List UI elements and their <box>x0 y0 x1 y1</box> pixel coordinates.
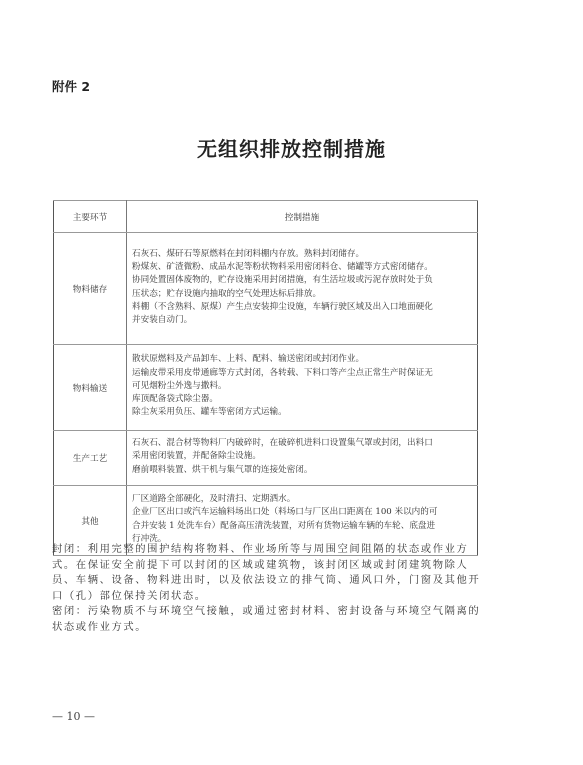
measure-line: 粉煤灰、矿渣微粉、成品水泥等粉状物料采用密闭料仓、储罐等方式密闭储存。 <box>132 261 472 274</box>
measure-line: 可见烟粉尘外逸与撒料。 <box>132 380 472 393</box>
measure-line: 压状态；贮存设施内抽取的空气处理达标后排放。 <box>132 288 472 301</box>
table-row: 生产工艺 石灰石、混合材等物料厂内破碎时，在破碎机进料口设置集气罩或封闭，出料口… <box>54 431 478 486</box>
measures-cell: 散状原燃料及产品卸车、上料、配料、输送密闭或封闭作业。 运输皮带采用皮带通廊等方… <box>127 345 478 431</box>
measure-line: 料棚（不含熟料、原煤）产生点安装抑尘设施，车辆行驶区域及出入口地面硬化 <box>132 301 472 314</box>
measure-line: 采用密闭装置，并配备除尘设施。 <box>132 450 472 463</box>
measure-line: 并安装自动门。 <box>132 314 472 327</box>
measures-cell: 石灰石、混合材等物料厂内破碎时，在破碎机进料口设置集气罩或封闭，出料口 采用密闭… <box>127 431 478 486</box>
table-row: 物料储存 石灰石、煤矸石等原燃料在封闭料棚内存放。熟料封闭储存。 粉煤灰、矿渣微… <box>54 233 478 345</box>
stage-cell: 生产工艺 <box>54 431 127 486</box>
measure-line: 厂区道路全部硬化，及时清扫、定期洒水。 <box>132 493 472 506</box>
measure-line: 石灰石、煤矸石等原燃料在封闭料棚内存放。熟料封闭储存。 <box>132 248 472 261</box>
measure-line: 运输皮带采用皮带通廊等方式封闭，各转载、下料口等产尘点正常生产时保证无 <box>132 367 472 380</box>
definition-notes: 封闭：利用完整的围护结构将物料、作业场所等与周围空间阻隔的状态或作业方式。在保证… <box>52 542 482 636</box>
measure-line: 磨前喂料装置、烘干机与集气罩的连接处密闭。 <box>132 464 472 477</box>
measures-cell: 石灰石、煤矸石等原燃料在封闭料棚内存放。熟料封闭储存。 粉煤灰、矿渣微粉、成品水… <box>127 233 478 345</box>
stage-cell: 物料输送 <box>54 345 127 431</box>
attachment-label: 附件 2 <box>52 77 90 95</box>
note-enclosed: 封闭：利用完整的围护结构将物料、作业场所等与周围空间阻隔的状态或作业方式。在保证… <box>52 542 482 604</box>
measure-line: 散状原燃料及产品卸车、上料、配料、输送密闭或封闭作业。 <box>132 353 472 366</box>
page-title: 无组织排放控制措施 <box>0 133 583 162</box>
column-header-stage: 主要环节 <box>54 201 127 233</box>
measure-line: 合并安装 1 处洗车台）配备高压清洗装置，对所有货物运输车辆的车轮、底盘进 <box>132 520 472 533</box>
table-header-row: 主要环节 控制措施 <box>54 201 478 233</box>
measure-line: 除尘灰采用负压、罐车等密闭方式运输。 <box>132 406 472 419</box>
stage-cell: 物料储存 <box>54 233 127 345</box>
measure-line: 库顶配备袋式除尘器。 <box>132 393 472 406</box>
note-sealed: 密闭：污染物质不与环境空气接触，或通过密封材料、密封设备与环境空气隔离的状态或作… <box>52 604 482 635</box>
measure-line: 协同处置固体废物的，贮存设施采用封闭措施，有生活垃圾或污泥存放时处于负 <box>132 274 472 287</box>
control-measures-table: 主要环节 控制措施 物料储存 石灰石、煤矸石等原燃料在封闭料棚内存放。熟料封闭储… <box>53 200 478 556</box>
measure-line: 石灰石、混合材等物料厂内破碎时，在破碎机进料口设置集气罩或封闭，出料口 <box>132 437 472 450</box>
page-number: — 10 — <box>52 710 95 723</box>
measure-line: 企业厂区出口或汽车运输料场出口处（料场口与厂区出口距离在 100 米以内的可 <box>132 506 472 519</box>
column-header-measures: 控制措施 <box>127 201 478 233</box>
table-row: 物料输送 散状原燃料及产品卸车、上料、配料、输送密闭或封闭作业。 运输皮带采用皮… <box>54 345 478 431</box>
